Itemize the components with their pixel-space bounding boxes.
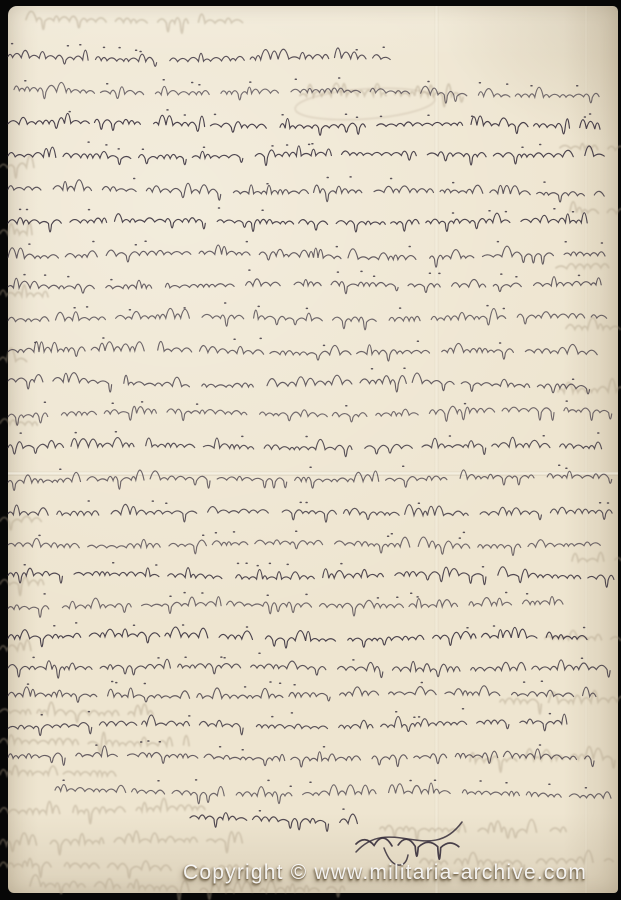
- scanned-letter-photo: Copyright © www.militaria-archive.com: [0, 0, 621, 900]
- handwriting-ink-layer: [0, 0, 621, 900]
- copyright-watermark: Copyright © www.militaria-archive.com: [183, 861, 587, 885]
- letter-body-handwriting: [8, 44, 614, 832]
- bleedthrough-writing: [0, 11, 621, 900]
